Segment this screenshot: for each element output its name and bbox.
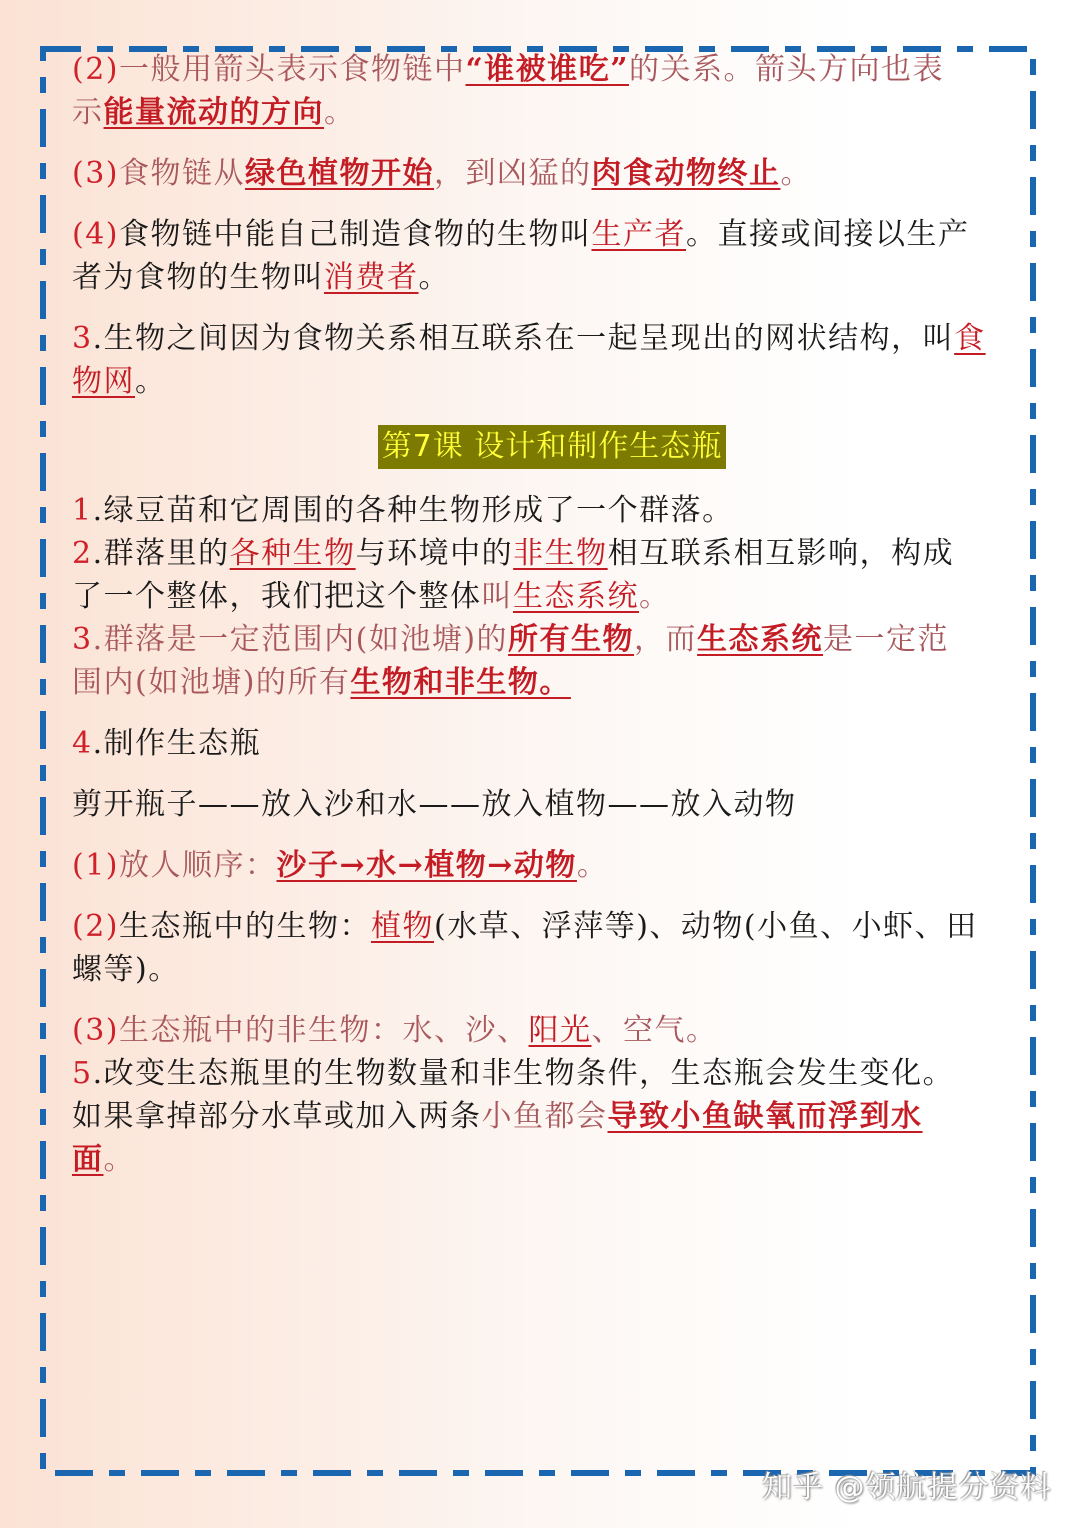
notes-content: (2)一般用箭头表示食物链中“谁被谁吃”的关系。箭头方向也表 示能量流动的方向。… [72, 48, 1032, 1181]
highlight-carnivores: 肉食动物终止 [592, 156, 781, 191]
highlight-consumer: 消费者 [324, 260, 419, 295]
highlight-energy-flow: 能量流动的方向 [104, 95, 325, 130]
sub-1-order: (1)放人顺序：沙子→水→植物→动物。 [72, 844, 1032, 887]
item-2: (2)一般用箭头表示食物链中“谁被谁吃”的关系。箭头方向也表 示能量流动的方向。 [72, 48, 1032, 134]
sub-2-organisms: (2)生态瓶中的生物：植物(水草、浮萍等)、动物(小鱼、小虾、田 螺等)。 [72, 905, 1032, 991]
highlight-green-plants: 绿色植物开始 [245, 156, 434, 191]
lesson-point-5: 5.改变生态瓶里的生物数量和非生物条件，生态瓶会发生变化。 如果拿掉部分水草或加… [72, 1052, 1032, 1181]
point-3-food-web: 3.生物之间因为食物关系相互联系在一起呈现出的网状结构，叫食 物网。 [72, 317, 1032, 403]
watermark: 知乎 @领航提分资料 [762, 1462, 1052, 1506]
item-4: (4)食物链中能自己制造食物的生物叫生产者。直接或间接以生产 者为食物的生物叫消… [72, 213, 1032, 299]
lesson-point-2: 2.群落里的各种生物与环境中的非生物相互联系相互影响，构成 了一个整体，我们把这… [72, 532, 1032, 618]
lesson-point-1: 1.绿豆苗和它周围的各种生物形成了一个群落。 [72, 489, 1032, 532]
sub-3-nonliving: (3)生态瓶中的非生物：水、沙、阳光、空气。 [72, 1009, 1032, 1052]
steps-sequence: 剪开瓶子——放入沙和水——放入植物——放入动物 [72, 783, 1032, 826]
lesson-title: 第7课 设计和制作生态瓶 [378, 425, 727, 469]
lesson-point-3: 3.群落是一定范围内(如池塘)的所有生物，而生态系统是一定范 围内(如池塘)的所… [72, 618, 1032, 704]
item-3: (3)食物链从绿色植物开始，到凶猛的肉食动物终止。 [72, 152, 1032, 195]
lesson-point-4: 4.制作生态瓶 [72, 722, 1032, 765]
highlight-food-web: 物网 [72, 364, 135, 399]
lesson-heading-wrap: 第7课 设计和制作生态瓶 [72, 425, 1032, 469]
highlight-who-eats-whom: “谁被谁吃” [466, 52, 630, 87]
highlight-producer: 生产者 [592, 217, 687, 252]
